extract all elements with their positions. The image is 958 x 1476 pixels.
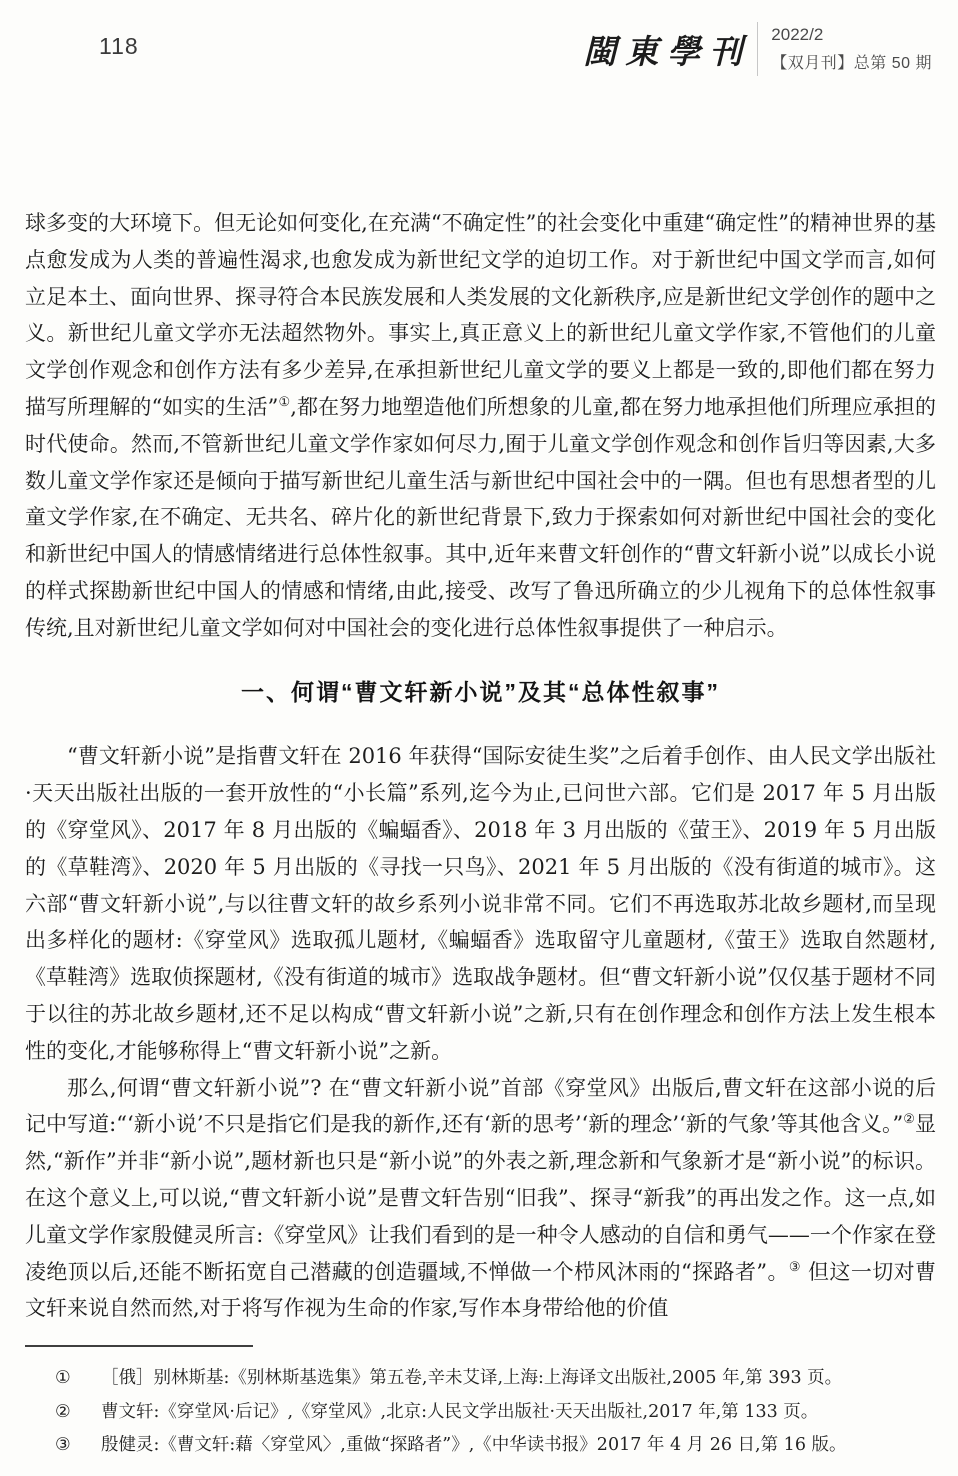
footnote-item: ① ［俄］别林斯基:《别林斯基选集》第五卷,辛未艾译,上海:上海译文出版社,20…	[25, 1362, 936, 1396]
article-body: 球多变的大环境下。但无论如何变化,在充满“不确定性”的社会变化中重建“确定性”的…	[25, 205, 936, 1343]
footnote-separator	[25, 1345, 253, 1347]
journal-masthead: 閩東學刊 2022/2 【双月刊】总第 50 期	[583, 22, 932, 76]
paragraph: “曹文轩新小说”是指曹文轩在 2016 年获得“国际安徒生奖”之后着手创作、由人…	[25, 738, 936, 1069]
footnote-text: 殷健灵:《曹文轩:藉〈穿堂风〉,重做“探路者”》,《中华读书报》2017 年 4…	[101, 1429, 936, 1463]
issue-volume: 【双月刊】总第 50 期	[771, 50, 932, 73]
journal-name: 閩東學刊	[583, 26, 751, 73]
footnote-text: 曹文轩:《穿堂风·后记》,《穿堂风》,北京:人民文学出版社·天天出版社,2017…	[101, 1396, 936, 1430]
journal-page: 118 閩東學刊 2022/2 【双月刊】总第 50 期 球多变的大环境下。但无…	[0, 0, 958, 1476]
footnote-item: ③ 殷健灵:《曹文轩:藉〈穿堂风〉,重做“探路者”》,《中华读书报》2017 年…	[25, 1429, 936, 1463]
section-heading: 一、何谓“曹文轩新小说”及其“总体性叙事”	[25, 674, 936, 711]
paragraph: 那么,何谓“曹文轩新小说”? 在“曹文轩新小说”首部《穿堂风》出版后,曹文轩在这…	[25, 1070, 936, 1328]
footnote-item: ② 曹文轩:《穿堂风·后记》,《穿堂风》,北京:人民文学出版社·天天出版社,20…	[25, 1396, 936, 1430]
footnotes-section: ① ［俄］别林斯基:《别林斯基选集》第五卷,辛未艾译,上海:上海译文出版社,20…	[25, 1345, 936, 1463]
page-number: 118	[99, 33, 139, 60]
footnote-marker: ③	[55, 1429, 81, 1463]
paragraph-continuation: 球多变的大环境下。但无论如何变化,在充满“不确定性”的社会变化中重建“确定性”的…	[25, 205, 936, 647]
masthead-divider	[757, 22, 758, 76]
footnote-marker: ①	[55, 1362, 81, 1396]
footnote-marker: ②	[55, 1396, 81, 1430]
footnote-text: ［俄］别林斯基:《别林斯基选集》第五卷,辛未艾译,上海:上海译文出版社,2005…	[101, 1362, 936, 1396]
issue-number: 2022/2	[771, 25, 932, 45]
issue-info: 2022/2 【双月刊】总第 50 期	[771, 25, 932, 73]
